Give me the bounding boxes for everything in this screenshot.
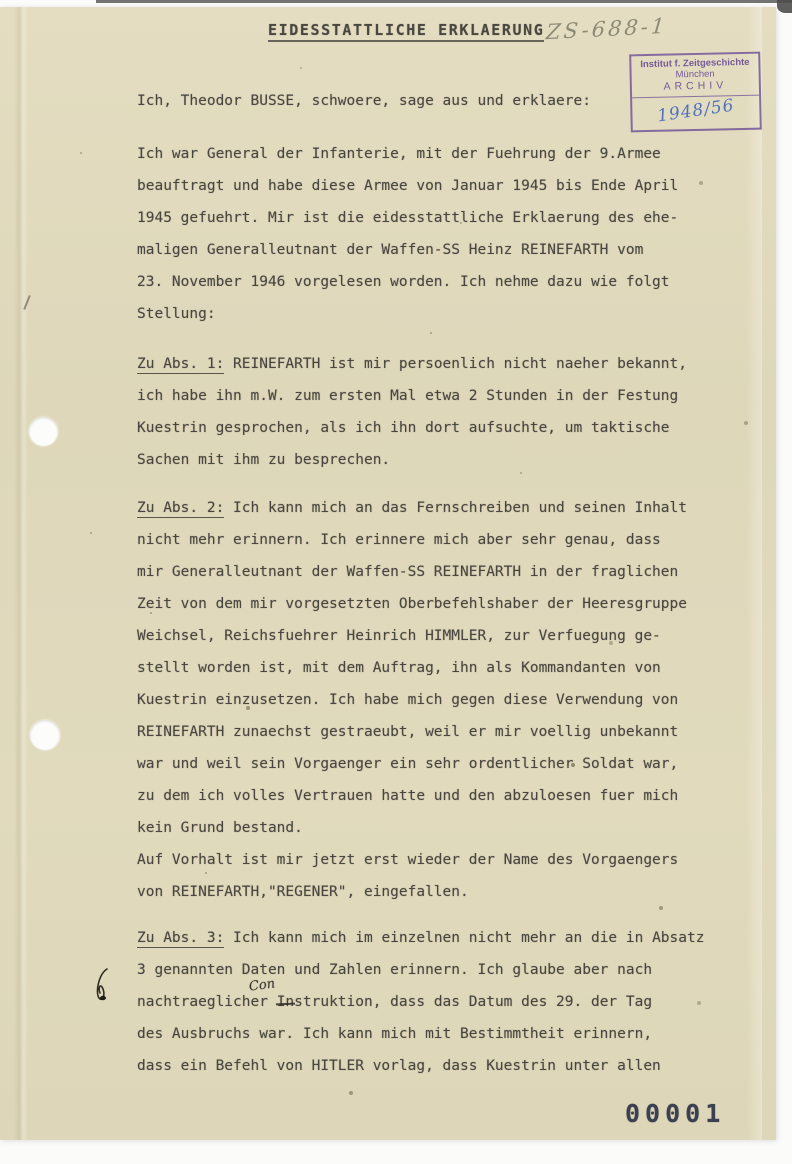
typed-line: nicht mehr erinnern. Ich erinnere mich a…: [137, 530, 661, 550]
typed-line-section-1: Zu Abs. 1: REINEFARTH ist mir persoenlic…: [137, 354, 687, 374]
typed-line-section-3: Zu Abs. 3: Ich kann mich im einzelnen ni…: [137, 928, 704, 948]
typed-line: ich habe ihn m.W. zum ersten Mal etwa 2 …: [137, 386, 678, 406]
typed-line: Ich, Theodor BUSSE, schwoere, sage aus u…: [137, 91, 591, 111]
typed-line: von REINEFARTH,"REGENER", eingefallen.: [137, 882, 469, 902]
typed-line-with-correction: nachtraeglicher Instruktion, dass das Da…: [137, 992, 652, 1012]
archive-reference-handwritten: ZS-688-1: [545, 14, 668, 44]
punch-hole-bottom: [30, 720, 60, 750]
typed-line: Kuestrin einzusetzen. Ich habe mich gege…: [137, 690, 678, 710]
typed-line: stellt worden ist, mit dem Auftrag, ihn …: [137, 658, 661, 678]
typed-line: 3 genannten Daten und Zahlen erinnern. I…: [137, 960, 652, 980]
scan-edge-artifact-corner: [777, 0, 792, 13]
struck-text: In: [277, 994, 294, 1010]
punch-hole-top: [29, 417, 58, 446]
typed-line: dass ein Befehl von HITLER vorlag, dass …: [137, 1056, 661, 1076]
typed-line: kein Grund bestand.: [137, 818, 303, 838]
typed-line: mir Generalleutnant der Waffen-SS REINEF…: [137, 562, 678, 582]
paper-crease: [14, 7, 28, 1140]
typed-line: beauftragt und habe diese Armee von Janu…: [137, 176, 678, 196]
paper-edge-highlight: [746, 7, 762, 1140]
typed-line: Zeit von dem mir vorgesetzten Oberbefehl…: [137, 594, 687, 614]
typed-line: Ich war General der Infanterie, mit der …: [137, 144, 661, 164]
document-paper: EIDESSTATTLICHE ERKLAERUNG ZS-688-1 Inst…: [0, 7, 776, 1140]
typed-line: Auf Vorhalt ist mir jetzt erst wieder de…: [137, 850, 678, 870]
typed-line: Kuestrin gesprochen, als ich ihn dort au…: [137, 418, 670, 438]
typed-line-section-2: Zu Abs. 2: Ich kann mich an das Fernschr…: [137, 498, 687, 518]
page-number-stamp: 00001: [625, 1099, 725, 1128]
scan-edge-artifact-top: [96, 0, 792, 3]
typed-line: des Ausbruchs war. Ich kann mich mit Bes…: [137, 1024, 652, 1044]
archive-stamp: Institut f. Zeitgeschichte München ARCHI…: [629, 52, 762, 133]
typed-line: Sachen mit ihm zu besprechen.: [137, 450, 390, 470]
handwritten-margin-squiggle-icon: [90, 968, 116, 1008]
scanned-document: EIDESSTATTLICHE ERKLAERUNG ZS-688-1 Inst…: [0, 0, 792, 1164]
typed-line: Weichsel, Reichsfuehrer Heinrich HIMMLER…: [137, 626, 661, 646]
typed-line: REINEFARTH zunaechst gestraeubt, weil er…: [137, 722, 678, 742]
handwritten-correction: Con: [248, 974, 276, 997]
paper-specks: [0, 7, 2, 9]
typed-line: 1945 gefuehrt. Mir ist die eidesstattlic…: [137, 208, 678, 228]
stamp-archiv-line: ARCHIV: [632, 79, 759, 94]
typed-line: zu dem ich volles Vertrauen hatte und de…: [137, 786, 678, 806]
typed-line: war und weil sein Vorgaenger ein sehr or…: [137, 754, 678, 774]
typed-line: 23. November 1946 vorgelesen worden. Ich…: [137, 272, 670, 292]
typed-line: Stellung:: [137, 304, 216, 324]
typed-line: maligen Generalleutnant der Waffen-SS He…: [137, 240, 643, 260]
document-title: EIDESSTATTLICHE ERKLAERUNG: [268, 21, 544, 42]
